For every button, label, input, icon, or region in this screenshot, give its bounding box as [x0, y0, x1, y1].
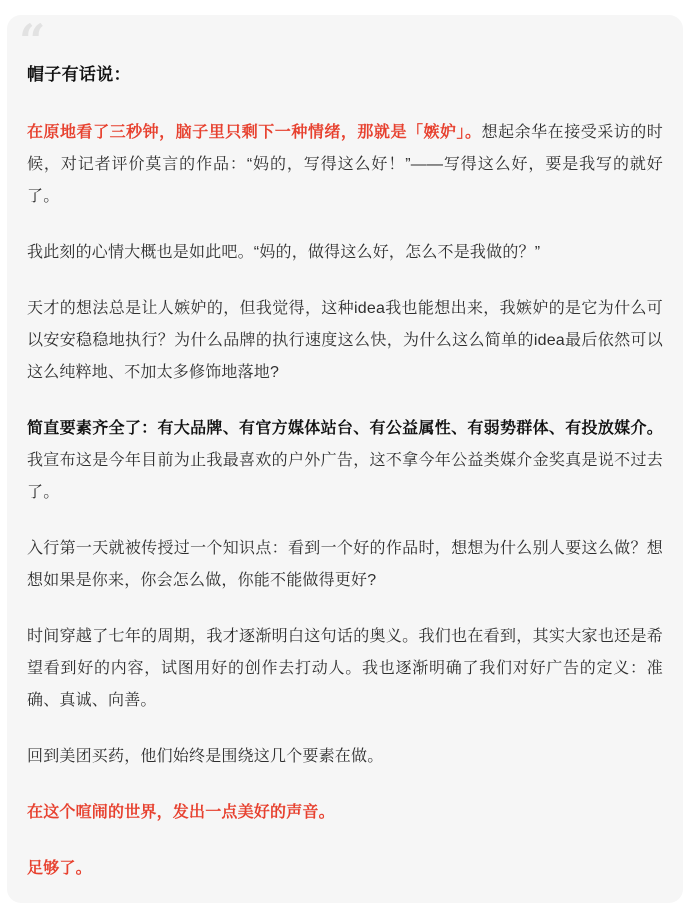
- paragraph: 入行第一天就被传授过一个知识点：看到一个好的作品时，想想为什么别人要这么做？想想…: [27, 533, 663, 597]
- text-run: 入行第一天就被传授过一个知识点：看到一个好的作品时，想想为什么别人要这么做？想想…: [27, 540, 663, 589]
- article-body: 在原地看了三秒钟，脑子里只剩下一种情绪，那就是「嫉妒」。想起余华在接受采访的时候…: [27, 117, 663, 885]
- paragraph: 天才的想法总是让人嫉妒的，但我觉得，这种idea我也能想出来，我嫉妒的是它为什么…: [27, 293, 663, 389]
- article-quote-card: “ 帽子有话说： 在原地看了三秒钟，脑子里只剩下一种情绪，那就是「嫉妒」。想起余…: [7, 15, 683, 903]
- text-run: 时间穿越了七年的周期，我才逐渐明白这句话的奥义。我们也在看到，其实大家也还是希望…: [27, 628, 663, 709]
- text-run: 我宣布这是今年目前为止我最喜欢的户外广告，这不拿今年公益类媒介金奖真是说不过去了…: [27, 452, 663, 501]
- text-run: 在这个喧闹的世界，发出一点美好的声音。: [27, 804, 335, 821]
- paragraph: 简直要素齐全了：有大品牌、有官方媒体站台、有公益属性、有弱势群体、有投放媒介。我…: [27, 413, 663, 509]
- text-run: 在原地看了三秒钟，脑子里只剩下一种情绪，那就是「嫉妒」。: [27, 124, 482, 141]
- paragraph: 回到美团买药，他们始终是围绕这几个要素在做。: [27, 741, 663, 773]
- section-heading: 帽子有话说：: [27, 62, 663, 87]
- text-run: 我此刻的心情大概也是如此吧。“妈的，做得这么好，怎么不是我做的？”: [27, 244, 540, 261]
- paragraph: 我此刻的心情大概也是如此吧。“妈的，做得这么好，怎么不是我做的？”: [27, 237, 663, 269]
- text-run: 足够了。: [27, 860, 92, 877]
- paragraph: 时间穿越了七年的周期，我才逐渐明白这句话的奥义。我们也在看到，其实大家也还是希望…: [27, 621, 663, 717]
- paragraph: 在原地看了三秒钟，脑子里只剩下一种情绪，那就是「嫉妒」。想起余华在接受采访的时候…: [27, 117, 663, 213]
- text-run: 回到美团买药，他们始终是围绕这几个要素在做。: [27, 748, 383, 765]
- text-run: 简直要素齐全了：有大品牌、有官方媒体站台、有公益属性、有弱势群体、有投放媒介。: [27, 420, 663, 437]
- paragraph: 在这个喧闹的世界，发出一点美好的声音。: [27, 797, 663, 829]
- quote-icon: “: [19, 21, 45, 57]
- paragraph: 足够了。: [27, 853, 663, 885]
- text-run: 天才的想法总是让人嫉妒的，但我觉得，这种idea我也能想出来，我嫉妒的是它为什么…: [27, 300, 663, 381]
